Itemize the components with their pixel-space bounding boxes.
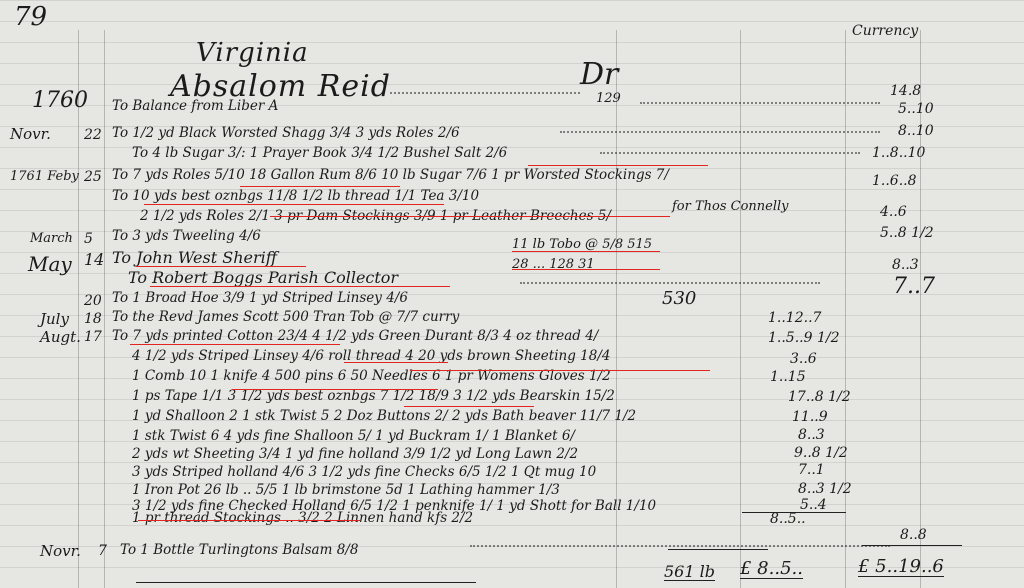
entry-day: 18 (84, 312, 102, 326)
entry-month: May (28, 254, 72, 274)
entry-day: 22 (84, 128, 102, 142)
entry-amount: 1..15 (770, 370, 806, 384)
entry-amount: 7..1 (798, 463, 825, 477)
entry-amount: 3..6 (790, 352, 817, 366)
entry-day: 5 (84, 232, 93, 246)
entry-desc: To 7 yds printed Cotton 23/4 4 1/2 yds G… (112, 330, 598, 344)
debit-mark: Dr (580, 60, 618, 90)
entry-amount: 8..10 (898, 124, 934, 138)
red-underline (232, 389, 438, 390)
red-underline (410, 370, 710, 371)
red-underline (512, 251, 660, 252)
total-rule (668, 549, 768, 550)
entry-amount: 5..8 1/2 (880, 226, 934, 240)
entry-month: Novr. (40, 544, 81, 559)
entry-amount: 7..7 (893, 276, 935, 298)
entry-desc: 2 yds wt Sheeting 3/4 1 yd fine holland … (132, 448, 578, 462)
leader-dots (600, 152, 860, 154)
entry-month: 1761 Feby (10, 170, 79, 183)
closing-rule (136, 582, 476, 583)
entry-desc: To John West Sheriff (112, 250, 277, 266)
entry-amount: 14.8 (890, 84, 921, 98)
day-column-rule (104, 30, 105, 588)
red-underline (528, 165, 708, 166)
red-underline (138, 520, 360, 521)
folio-number: 79 (14, 4, 47, 30)
entry-amount: 9..8 1/2 (794, 446, 848, 460)
red-underline (512, 269, 660, 270)
entry-desc: To 7 yds Roles 5/10 18 Gallon Rum 8/6 10… (112, 169, 669, 183)
leader-dots (520, 282, 820, 284)
entry-amount: 1..6..8 (872, 174, 917, 188)
leader-dots (470, 545, 890, 547)
sterling-total: £ 8..5.. (740, 560, 803, 579)
entry-note: for Thos Connelly (672, 200, 789, 213)
entry-desc: 3 yds Striped holland 4/6 3 1/2 yds fine… (132, 466, 596, 480)
sterling-column-rule (740, 30, 741, 588)
entry-desc: 1 ps Tape 1/1 3 1/2 yds best oznbgs 7 1/… (132, 390, 615, 404)
red-underline (270, 216, 670, 217)
red-underline (150, 286, 450, 287)
entry-ref: 11 lb Tobo @ 5/8 515 (512, 238, 652, 251)
entry-desc: 1 Comb 10 1 knife 4 500 pins 6 50 Needle… (132, 370, 611, 384)
entry-amount: 17..8 1/2 (788, 390, 851, 404)
entry-day: 7 (98, 544, 107, 558)
tobacco-total: 561 lb (664, 564, 715, 581)
entry-subtotal: 8..5.. (770, 512, 806, 526)
entry-amount: 1..12..7 (768, 311, 821, 325)
entry-desc: To 10 yds best oznbgs 11/8 1/2 lb thread… (112, 190, 479, 204)
entry-amount: 4..6 (880, 205, 907, 219)
entry-desc-text: To 7 yds Roles 5/10 18 Gallon Rum 8/6 10… (112, 167, 669, 183)
entry-amount: 5..4 (800, 498, 827, 512)
currency-column-label: Currency (852, 24, 918, 38)
entry-desc: 1 pr thread Stockings .. 3/2 2 Linnen ha… (132, 512, 473, 526)
entry-month: July (40, 312, 69, 327)
red-underline (240, 186, 400, 187)
entry-amount: 11..9 (792, 410, 828, 424)
entry-desc: To 4 lb Sugar 3/: 1 Prayer Book 3/4 1/2 … (132, 147, 507, 161)
entry-amount: 1..5..9 1/2 (768, 331, 840, 345)
entry-day: 25 (84, 170, 102, 184)
entry-desc: To Robert Boggs Parish Collector (128, 270, 398, 286)
entry-desc: To the Revd James Scott 500 Tran Tob @ 7… (112, 311, 459, 325)
currency-total: £ 5..19..6 (858, 558, 944, 577)
entry-month: March (30, 232, 73, 245)
red-underline (344, 362, 448, 363)
leader-dots (640, 102, 880, 104)
red-underline (404, 406, 534, 407)
red-underline (136, 266, 306, 267)
ledger-page: 79 Virginia Absalom Reid Dr Currency 176… (0, 0, 1024, 588)
entry-month: Novr. (10, 127, 51, 142)
entry-amount: 5..10 (898, 102, 934, 116)
date-column-rule (78, 30, 79, 588)
colony-heading: Virginia (196, 40, 309, 66)
entry-month: Augt. (40, 330, 81, 345)
entry-desc: To 1 Broad Hoe 3/9 1 yd Striped Linsey 4… (112, 292, 408, 306)
leader-dots (560, 131, 880, 133)
currency-column-rule (845, 30, 846, 588)
entry-amount: 8..3 (892, 258, 919, 272)
entry-desc: 1 stk Twist 6 4 yds fine Shalloon 5/ 1 y… (132, 430, 575, 444)
entry-amount: 8..8 (900, 528, 927, 542)
red-underline (144, 204, 444, 205)
entry-desc: 1 Iron Pot 26 lb .. 5/5 1 lb brimstone 5… (132, 484, 560, 498)
total-rule (862, 545, 962, 546)
entry-amount: 8..3 1/2 (798, 482, 852, 496)
entry-desc: 1 yd Shalloon 2 1 stk Twist 5 2 Doz Butt… (132, 410, 636, 424)
entry-day: 17 (84, 330, 102, 344)
entry-desc: To 1 Bottle Turlingtons Balsam 8/8 (120, 544, 358, 558)
entry-day: 20 (84, 294, 102, 308)
red-underline (130, 344, 340, 345)
entry-desc: To 3 yds Tweeling 4/6 (112, 230, 261, 244)
entry-amount: 8..3 (798, 428, 825, 442)
entry-desc: To 1/2 yd Black Worsted Shagg 3/4 3 yds … (112, 127, 460, 141)
entry-day: 14 (84, 252, 104, 268)
entry-desc: To Balance from Liber A (112, 100, 278, 114)
leader-dots (390, 92, 580, 94)
entry-ref: 129 (596, 92, 621, 105)
year-label: 1760 (32, 90, 88, 112)
entry-ref: 530 (662, 290, 696, 308)
entry-amount: 1..8..10 (872, 146, 925, 160)
